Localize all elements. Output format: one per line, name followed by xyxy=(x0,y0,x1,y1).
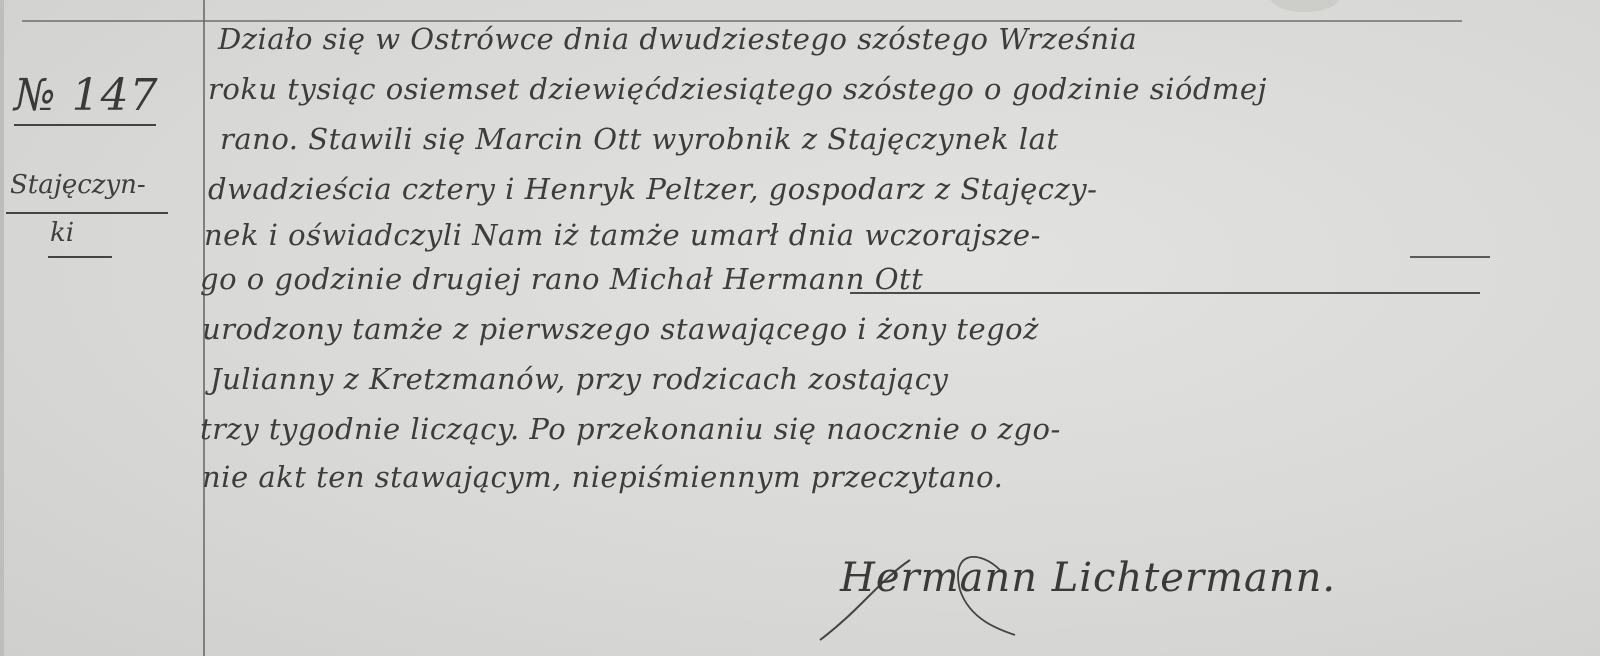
deceased-name-stroke xyxy=(1410,256,1490,258)
page-left-edge xyxy=(0,0,4,656)
record-line-2: roku tysiąc osiemset dziewięćdziesiątego… xyxy=(208,72,1267,106)
scanned-document-page: № 147 Stajęczyn- ki Działo się w Ostrówc… xyxy=(0,0,1600,656)
deceased-name-underline xyxy=(850,292,1480,294)
record-line-9: trzy tygodnie liczący. Po przekonaniu si… xyxy=(200,412,1061,446)
entry-number-underline xyxy=(14,124,156,126)
village-name-line-1: Stajęczyn- xyxy=(10,170,146,200)
record-line-10: nie akt ten stawającym, niepiśmiennym pr… xyxy=(202,460,1003,494)
record-line-6: go o godzinie drugiej rano Michał Herman… xyxy=(200,262,923,296)
village-name-line-2: ki xyxy=(50,218,74,248)
record-line-7: urodzony tamże z pierwszego stawającego … xyxy=(202,312,1039,346)
entry-number: № 147 xyxy=(14,70,159,121)
official-signature: Hermann Lichtermann. xyxy=(840,555,1336,601)
record-line-3: rano. Stawili się Marcin Ott wyrobnik z … xyxy=(220,122,1059,156)
record-line-1: Działo się w Ostrówce dnia dwudziestego … xyxy=(218,22,1137,56)
record-line-4: dwadzieścia cztery i Henryk Peltzer, gos… xyxy=(208,172,1097,206)
village-underline-2 xyxy=(48,256,112,258)
record-line-8: Julianny z Kretzmanów, przy rodzicach zo… xyxy=(210,362,948,396)
village-underline-1 xyxy=(6,212,168,214)
record-line-5: nek i oświadczyli Nam iż tamże umarł dni… xyxy=(204,218,1041,252)
